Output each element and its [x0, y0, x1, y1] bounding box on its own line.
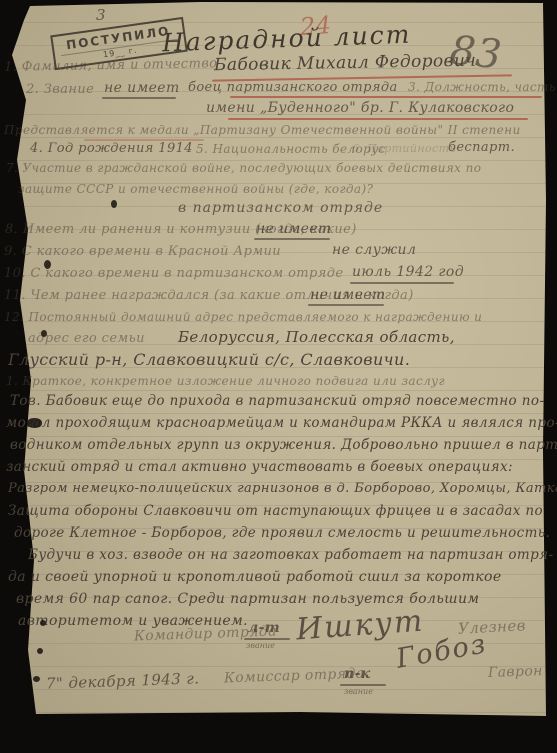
paper-hole [40, 620, 46, 626]
pencil-underline [102, 97, 176, 99]
field-prior-awards-value: не имеет [310, 287, 386, 303]
field-partisan-since-value: июль 1942 год [352, 264, 464, 280]
scanned-award-document: ПОСТУПИЛО 19__ г. 3 24 Наградной лист 83… [0, 0, 557, 753]
field-war-participation-label-2: защите СССР и отечественной войны (где, … [18, 182, 373, 196]
feat-line: да и своей упорной и кропотливой работой… [8, 569, 502, 585]
rank-note: звание [344, 687, 373, 696]
pencil-underline [340, 684, 386, 686]
commissar-extra-signature: Гаврон [488, 663, 543, 681]
field-rank-label: 2. Звание [26, 82, 94, 97]
feat-line: занский отряд и стал активно участвовать… [6, 459, 513, 475]
feat-line: Тов. Бабовик еще до прихода в партизанск… [10, 393, 544, 409]
paper-hole [111, 200, 117, 208]
red-underline [228, 118, 528, 120]
rank-note: звание [246, 641, 275, 650]
field-red-army-value: не служил [332, 242, 416, 258]
field-position-value: боец партизанского отряда [188, 80, 398, 95]
ink-blot [27, 418, 42, 428]
pencil-underline [308, 304, 384, 306]
feat-line: могал проходящим красноармейцам и команд… [6, 415, 557, 431]
commissar-rank: п-к [344, 666, 371, 682]
feat-heading: 1. Краткое, конкретное изложение личного… [6, 374, 445, 388]
field-address-label-1: 12. Постоянный домашний адрес представля… [4, 310, 482, 324]
paper-hole [33, 676, 40, 682]
field-address-value-1: Белоруссия, Полесская область, [178, 328, 455, 346]
paper-hole [41, 330, 47, 337]
feat-line: Будучи в хоз. взводе он на заготовках ра… [28, 547, 553, 563]
field-red-army-label: 9. С какого времени в Красной Армии [4, 244, 281, 259]
field-address-value-2: Глусский р-н, Славковицкий с/с, Славкови… [8, 350, 410, 369]
feat-line: водником отдельных групп из окружения. Д… [10, 437, 557, 453]
paper-hole [44, 260, 51, 269]
field-partisan-since-label: 10. С какого времени в партизанском отря… [4, 266, 343, 281]
field-party-label: 6. Партийность [352, 142, 456, 155]
pencil-underline [244, 638, 290, 640]
field-recommended-for: Представляется к медали „Партизану Отече… [4, 123, 521, 137]
field-rank-value: не имеет [104, 80, 180, 96]
field-war-participation-value: в партизанском отряде [178, 200, 383, 216]
feat-line: Защита обороны Славковичи от наступающих… [8, 503, 543, 519]
field-position-value-2: имени „Буденного" бр. Г. Кулаковского [206, 100, 514, 116]
pencil-underline [350, 282, 454, 284]
pencil-underline [254, 238, 330, 240]
paper-hole [37, 648, 43, 654]
feat-line: Разгром немецко-полицейских гарнизонов в… [8, 481, 557, 496]
commander-rank: л-т [248, 620, 280, 636]
red-underline [230, 96, 542, 98]
field-war-participation-label-1: 7. Участие в гражданской войне, последую… [6, 161, 481, 175]
field-party-value: беспарт. [448, 140, 515, 155]
field-birth-year: 4. Год рождения 1914 [30, 141, 193, 156]
field-position-label: 3. Должность, часть [408, 80, 556, 94]
feat-line: дороге Клетное - Борборов, где проявил с… [14, 525, 550, 541]
stamp-annotation: 3 [96, 6, 106, 24]
field-wounds-value: не имеет [256, 221, 332, 237]
